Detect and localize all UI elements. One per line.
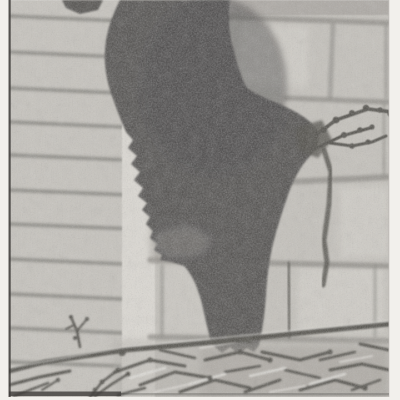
newspaper-photo	[0, 0, 400, 400]
bud	[349, 143, 355, 149]
bud	[85, 317, 89, 321]
bud	[69, 315, 73, 319]
light-block	[340, 187, 388, 257]
bud	[116, 368, 121, 373]
left-edge-rule	[9, 0, 11, 400]
bird-belly-highlight	[154, 226, 210, 258]
bird-wing-shading	[143, 0, 287, 173]
bud	[100, 380, 105, 385]
bud	[321, 127, 327, 133]
bud	[207, 375, 212, 380]
branch-knot	[118, 348, 126, 356]
bud	[333, 117, 340, 124]
bud	[237, 349, 242, 354]
photo-painting	[9, 0, 393, 400]
dark-joint-beside-tail	[288, 264, 290, 336]
bottom-edge-rule-faint	[121, 393, 389, 396]
right-margin	[389, 0, 400, 400]
left-margin	[0, 0, 9, 400]
bud	[365, 139, 370, 144]
bud	[349, 110, 355, 116]
bottom-edge-rule	[9, 392, 121, 397]
bud	[126, 372, 131, 377]
photo-canvas	[0, 0, 400, 400]
bud	[267, 357, 272, 362]
bud	[357, 127, 363, 133]
bud	[56, 378, 60, 382]
right-edge-line	[388, 0, 390, 397]
bud	[341, 132, 347, 138]
bud	[377, 107, 383, 113]
bud	[327, 349, 332, 354]
bud	[73, 336, 77, 340]
bud	[147, 357, 152, 362]
mortar-joint	[330, 25, 333, 97]
bud	[362, 385, 367, 390]
bud	[369, 124, 374, 129]
bud	[363, 105, 369, 111]
